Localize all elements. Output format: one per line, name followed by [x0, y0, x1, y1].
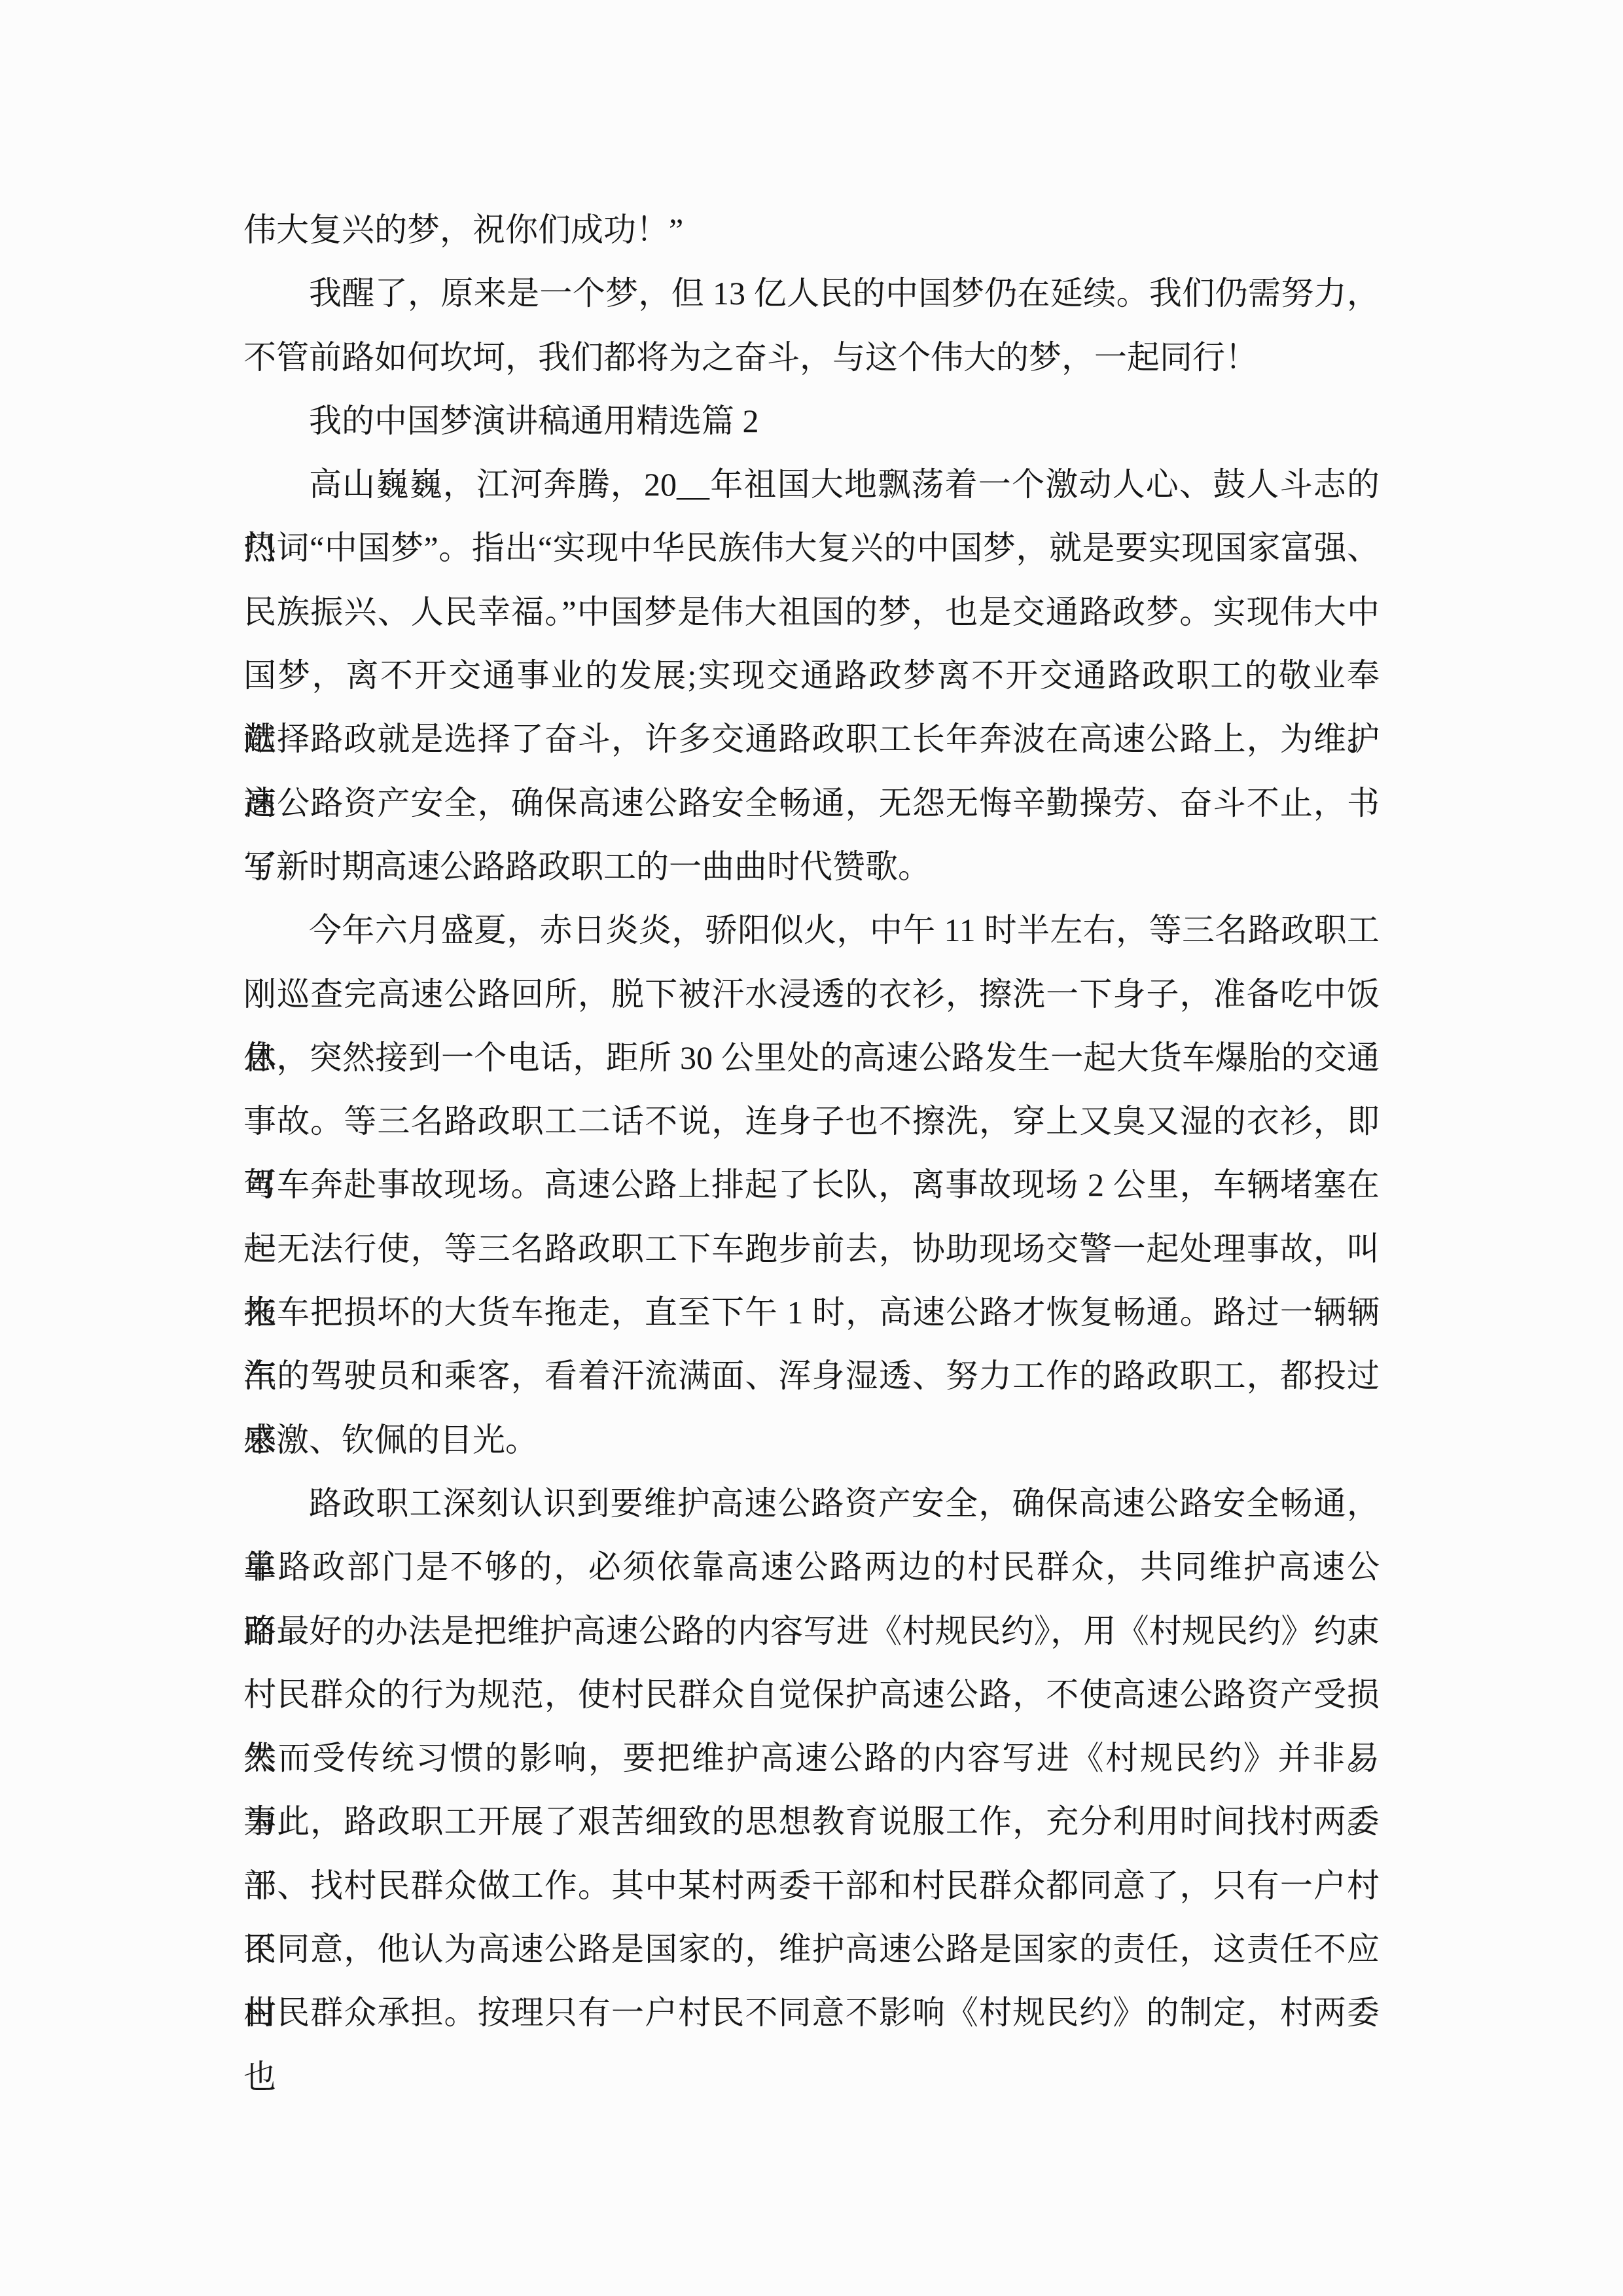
- text-line: 伟大复兴的梦，祝你们成功！”: [243, 198, 1380, 262]
- text-line: 村民群众的行为规范，使村民群众自觉保护高速公路，不使高速公路资产受损失。: [243, 1663, 1380, 1727]
- text-line: 路政职工深刻认识到要维护高速公路资产安全，确保高速公路安全畅通，单: [243, 1472, 1380, 1535]
- text-line: 刚巡查完高速公路回所，脱下被汗水浸透的衣衫，擦洗一下身子，准备吃中饭休: [243, 963, 1380, 1026]
- text-line: 不管前路如何坎坷，我们都将为之奋斗，与这个伟大的梦，一起同行！: [243, 326, 1380, 389]
- text-line: 为此，路政职工开展了艰苦细致的思想教育说服工作，充分利用时间找村两委干: [243, 1790, 1380, 1854]
- text-block: 伟大复兴的梦，祝你们成功！”我醒了，原来是一个梦，但 13 亿人民的中国梦仍在延…: [243, 198, 1380, 2045]
- text-line: 村民群众承担。按理只有一户村民不同意不影响《村规民约》的制定，村两委也: [243, 1981, 1380, 2045]
- text-line: 车的驾驶员和乘客，看着汗流满面、浑身湿透、努力工作的路政职工，都投过来: [243, 1344, 1380, 1408]
- text-line: 国梦，离不开交通事业的发展;实现交通路政梦离不开交通路政职工的敬业奉献。: [243, 644, 1380, 708]
- text-line: 速公路资产安全，确保高速公路安全畅通，无怨无悔辛勤操劳、奋斗不止，书写: [243, 772, 1380, 835]
- text-line: 驾车奔赴事故现场。高速公路上排起了长队，离事故现场 2 公里，车辆堵塞在一: [243, 1153, 1380, 1217]
- text-line: 我醒了，原来是一个梦，但 13 亿人民的中国梦仍在延续。我们仍需努力，: [243, 262, 1380, 325]
- text-line: 靠路政部门是不够的，必须依靠高速公路两边的村民群众，共同维护高速公路。: [243, 1535, 1380, 1599]
- document-page: 伟大复兴的梦，祝你们成功！”我醒了，原来是一个梦，但 13 亿人民的中国梦仍在延…: [0, 0, 1623, 2296]
- text-line: 选择路政就是选择了奋斗，许多交通路政职工长年奔波在高速公路上，为维护高: [243, 708, 1380, 771]
- text-line: 而最好的办法是把维护高速公路的内容写进《村规民约》，用《村规民约》约束: [243, 1600, 1380, 1663]
- text-line: 了新时期高速公路路政职工的一曲曲时代赞歌。: [243, 835, 1380, 899]
- text-line: 然而受传统习惯的影响，要把维护高速公路的内容写进《村规民约》并非易事。: [243, 1727, 1380, 1790]
- text-line: 拖车把损坏的大货车拖走，直至下午 1 时，高速公路才恢复畅通。路过一辆辆汽: [243, 1281, 1380, 1344]
- text-line: 不同意，他认为高速公路是国家的，维护高速公路是国家的责任，这责任不应由: [243, 1918, 1380, 1981]
- text-line: 事故。等三名路政职工二话不说，连身子也不擦洗，穿上又臭又湿的衣衫，即可: [243, 1090, 1380, 1153]
- text-line: 我的中国梦演讲稿通用精选篇 2: [243, 389, 1380, 453]
- text-line: 息，突然接到一个电话，距所 30 公里处的高速公路发生一起大货车爆胎的交通: [243, 1026, 1380, 1090]
- text-line: 感激、钦佩的目光。: [243, 1408, 1380, 1472]
- text-line: 起无法行使，等三名路政职工下车跑步前去，协助现场交警一起处理事故，叫来: [243, 1217, 1380, 1281]
- text-line: 今年六月盛夏，赤日炎炎，骄阳似火，中午 11 时半左右，等三名路政职工: [243, 899, 1380, 962]
- text-line: 民族振兴、人民幸福。”中国梦是伟大祖国的梦，也是交通路政梦。实现伟大中: [243, 581, 1380, 644]
- text-line: 高山巍巍，江河奔腾，20__年祖国大地飘荡着一个激动人心、鼓人斗志的热: [243, 453, 1380, 516]
- text-line: 部、找村民群众做工作。其中某村两委干部和村民群众都同意了，只有一户村民: [243, 1854, 1380, 1918]
- text-line: 门词“中国梦”。指出“实现中华民族伟大复兴的中国梦，就是要实现国家富强、: [243, 516, 1380, 580]
